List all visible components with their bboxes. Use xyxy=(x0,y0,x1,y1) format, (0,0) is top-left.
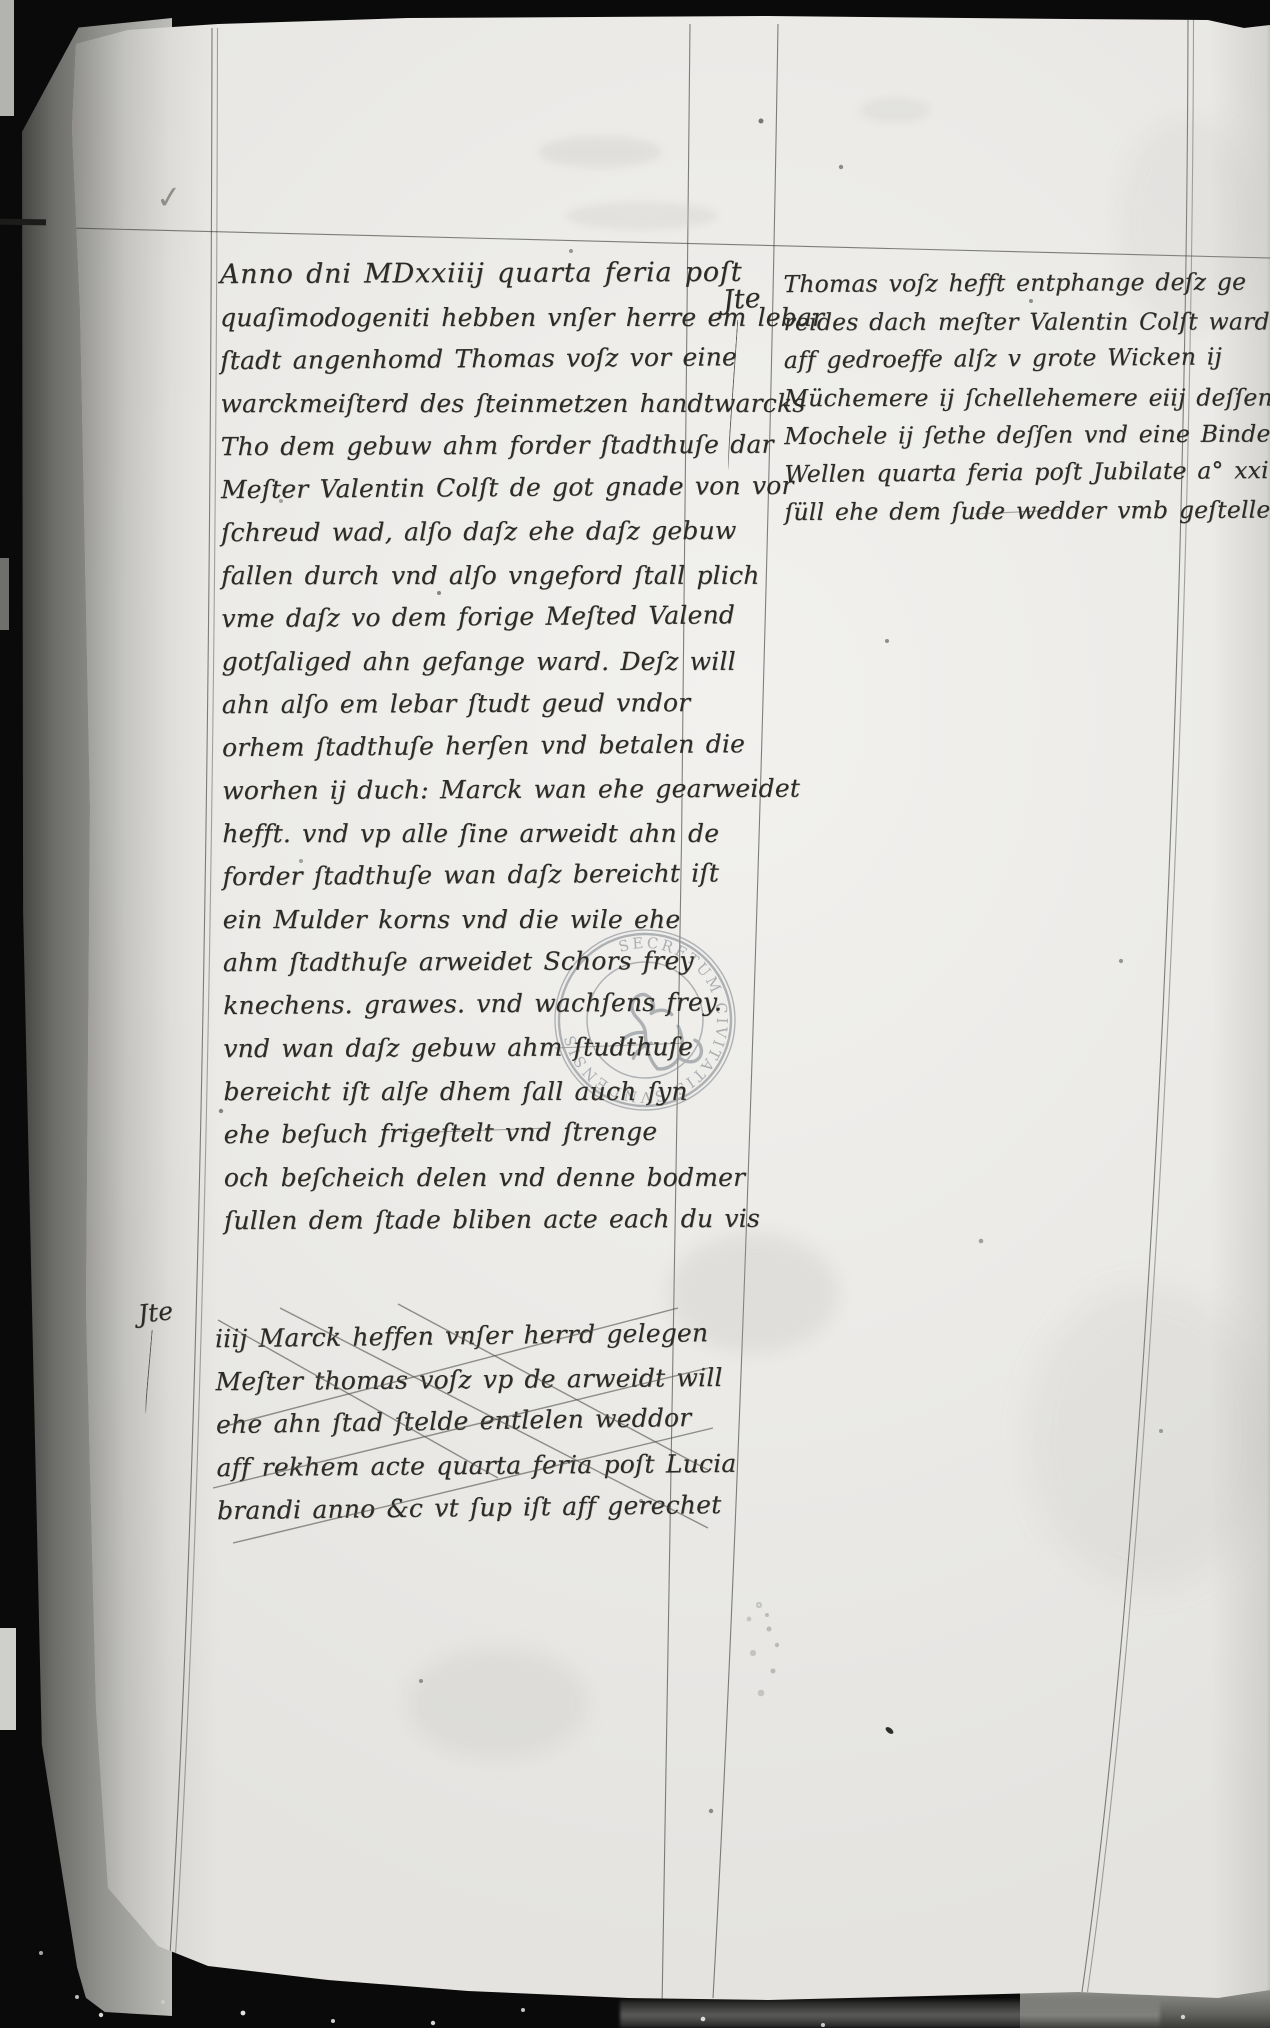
manuscript-scan: SECRETUM CIVITATIS SVNDENSIS ✓ Anno dni … xyxy=(0,0,1270,2028)
spine-light-patch-bottom xyxy=(0,1628,16,1730)
spine-light-patch-top xyxy=(0,0,14,116)
manuscript-page: SECRETUM CIVITATIS SVNDENSIS ✓ Anno dni … xyxy=(68,8,1270,2012)
spine-ink-tick xyxy=(0,219,46,226)
cancellation-strokes xyxy=(68,8,1270,2012)
bottom-edge-reflection xyxy=(620,2000,1160,2028)
spine-light-patch-middle xyxy=(0,558,9,630)
backdrop-dust xyxy=(0,0,2,2)
